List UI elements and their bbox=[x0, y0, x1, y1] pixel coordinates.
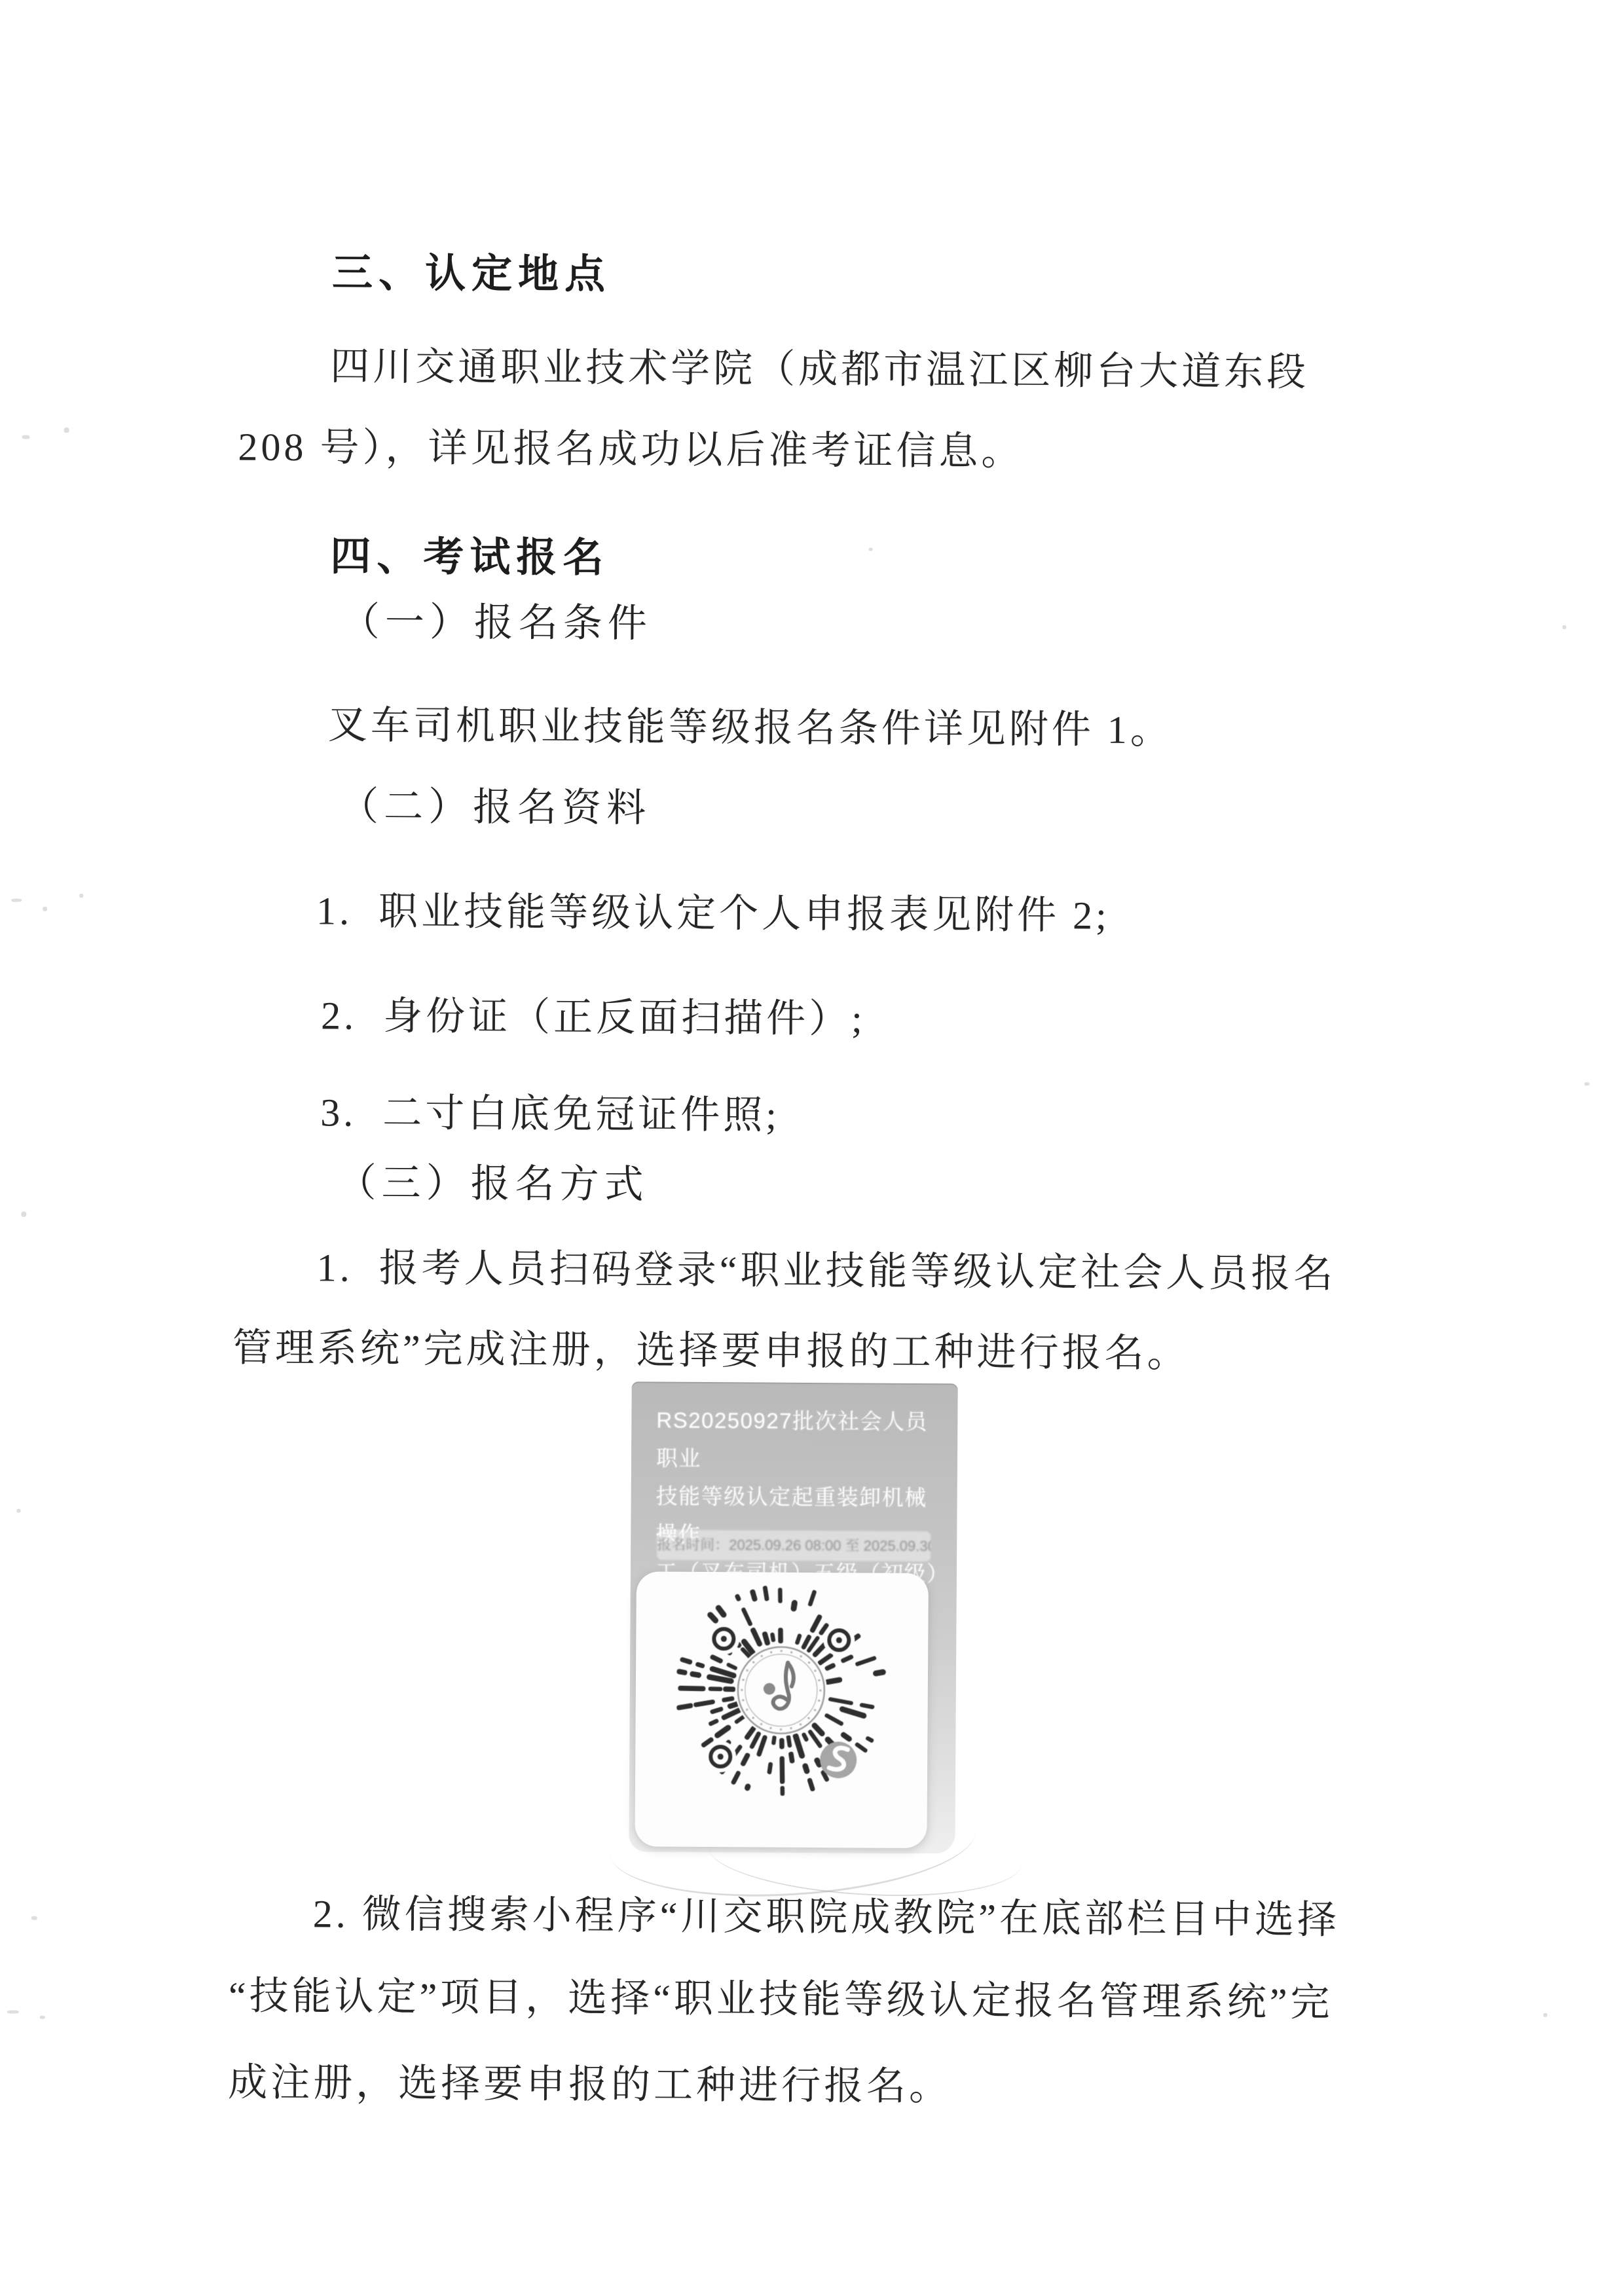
scan-noise-speck bbox=[22, 435, 30, 439]
scanned-document-page: 三、认定地点 四川交通职业技术学院（成都市温江区柳台大道东段 208 号），详见… bbox=[0, 0, 1624, 2296]
scan-noise-speck bbox=[1585, 1082, 1590, 1085]
list-item-application-form: 1. 职业技能等级认定个人申报表见附件 2; bbox=[316, 887, 1110, 939]
scan-noise-speck bbox=[11, 899, 22, 902]
scan-noise-speck bbox=[31, 1916, 37, 1920]
subheading-materials: （二）报名资料 bbox=[339, 783, 651, 832]
para-location-line-1: 四川交通职业技术学院（成都市温江区柳台大道东段 bbox=[330, 342, 1309, 395]
registration-qr-card: RS20250927批次社会人员职业 技能等级认定起重装卸机械操作 工（叉车司机… bbox=[629, 1381, 957, 1853]
scan-noise-speck bbox=[43, 907, 47, 911]
heading-section-3: 三、认定地点 bbox=[332, 249, 611, 300]
scan-noise-speck bbox=[1562, 625, 1566, 629]
para-method2-line-1: 2. 微信搜索小程序“川交职院成教院”在底部栏目中选择 bbox=[313, 1890, 1340, 1944]
scan-noise-speck bbox=[17, 1509, 21, 1513]
list-item-photo: 3. 二寸白底免冠证件照; bbox=[320, 1089, 780, 1139]
wechat-miniprogram-qr-code bbox=[636, 1550, 926, 1840]
scan-noise-speck bbox=[869, 548, 873, 551]
para-condition: 叉车司机职业技能等级报名条件详见附件 1。 bbox=[328, 701, 1173, 754]
scan-noise-speck bbox=[7, 2011, 19, 2014]
para-method2-line-2: “技能认定”项目，选择“职业技能等级认定报名管理系统”完 bbox=[229, 1973, 1333, 2026]
heading-section-4: 四、考试报名 bbox=[330, 532, 609, 583]
scan-noise-speck bbox=[1543, 2013, 1547, 2017]
para-location-line-2: 208 号），详见报名成功以后准考证信息。 bbox=[238, 424, 1024, 475]
scan-noise-speck bbox=[79, 894, 83, 898]
scan-noise-speck bbox=[40, 2016, 45, 2019]
subheading-condition: （一）报名条件 bbox=[341, 598, 652, 647]
para-method1-line-1: 1. 报考人员扫码登录“职业技能等级认定社会人员报名 bbox=[317, 1244, 1337, 1298]
list-item-id-card: 2. 身份证（正反面扫描件）; bbox=[321, 992, 866, 1042]
scan-noise-speck bbox=[64, 428, 69, 433]
para-method1-line-2: 管理系统”完成注册，选择要申报的工种进行报名。 bbox=[232, 1324, 1190, 1377]
subheading-method: （三）报名方式 bbox=[337, 1159, 648, 1209]
scan-noise-speck bbox=[21, 1212, 26, 1217]
qr-card-title-line: RS20250927批次社会人员职业 bbox=[656, 1402, 945, 1480]
para-method2-line-3: 成注册，选择要申报的工种进行报名。 bbox=[228, 2059, 951, 2111]
